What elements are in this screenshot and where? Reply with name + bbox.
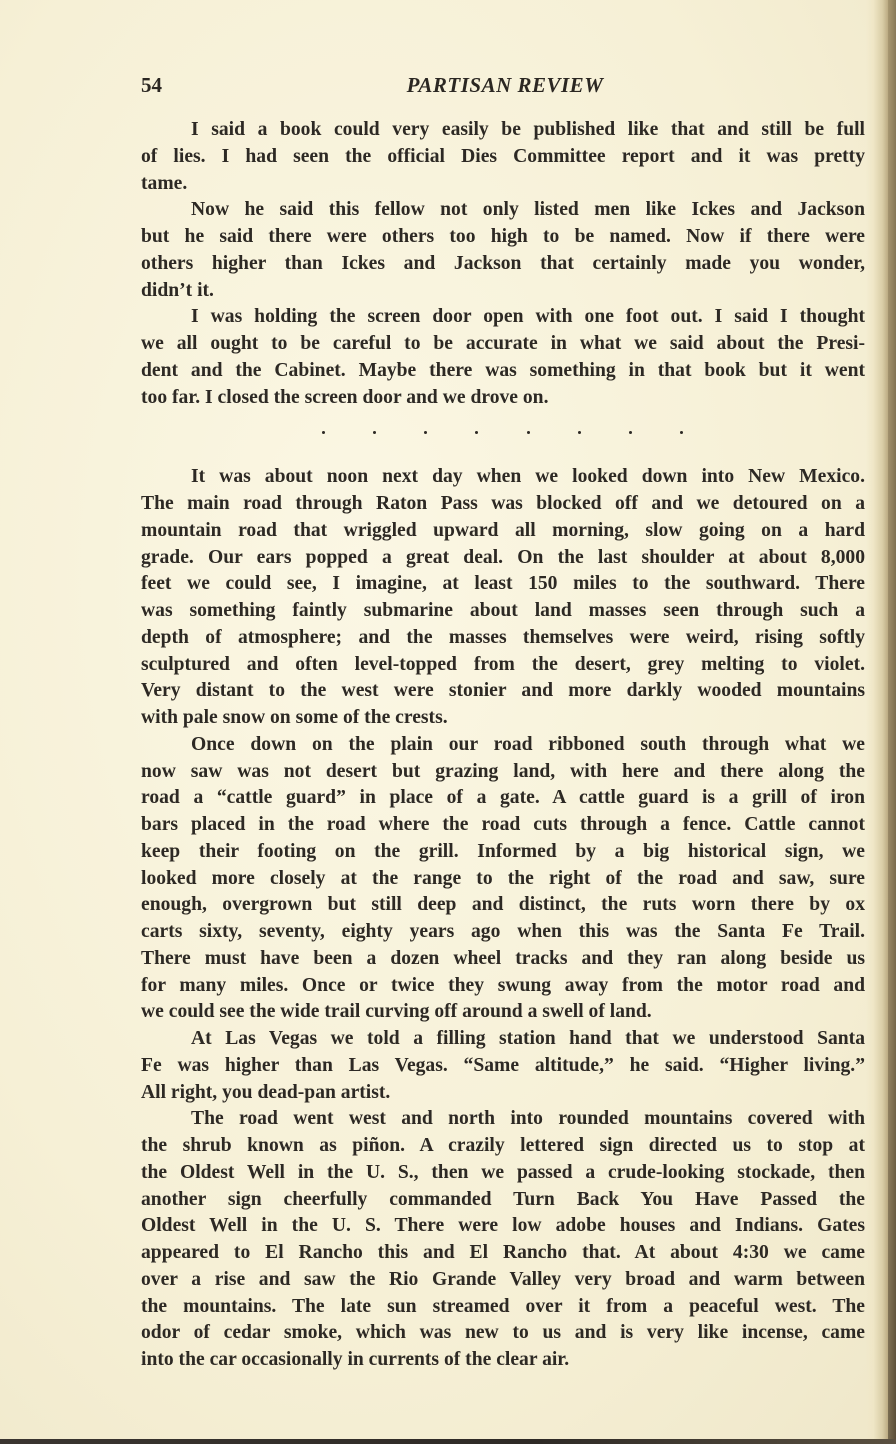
text-line: others higher than Ickes and Jackson tha…: [141, 251, 865, 278]
text-line: too far. I closed the screen door and we…: [141, 385, 865, 412]
paragraph: I was holding the screen door open with …: [141, 304, 865, 411]
text-line: appeared to El Rancho this and El Rancho…: [141, 1240, 865, 1267]
text-line: but he said there were others too high t…: [141, 224, 865, 251]
text-line: feet we could see, I imagine, at least 1…: [141, 571, 865, 598]
running-head: PARTISAN REVIEW: [141, 73, 865, 98]
text-line: Oldest Well in the U. S. There were low …: [141, 1213, 865, 1240]
text-line: the mountains. The late sun streamed ove…: [141, 1294, 865, 1321]
text-line: bars placed in the road where the road c…: [141, 812, 865, 839]
section-break-dot: [629, 431, 632, 434]
section-break-dot: [322, 431, 325, 434]
text-line: mountain road that wriggled upward all m…: [141, 518, 865, 545]
text-line: I said a book could very easily be publi…: [141, 117, 865, 144]
text-line: It was about noon next day when we looke…: [141, 464, 865, 491]
text-line: we all ought to be careful to be accurat…: [141, 331, 865, 358]
text-line: didn’t it.: [141, 278, 865, 305]
text-line: grade. Our ears popped a great deal. On …: [141, 545, 865, 572]
page-header: 54 PARTISAN REVIEW: [141, 73, 865, 103]
text-line: we could see the wide trail curving off …: [141, 999, 865, 1026]
text-line: sculptured and often level-topped from t…: [141, 652, 865, 679]
text-line: was something faintly submarine about la…: [141, 598, 865, 625]
text-line: The main road through Raton Pass was blo…: [141, 491, 865, 518]
text-line: another sign cheerfully commanded Turn B…: [141, 1187, 865, 1214]
section-two: It was about noon next day when we looke…: [141, 464, 865, 1374]
text-line: into the car occasionally in currents of…: [141, 1347, 865, 1374]
text-line: over a rise and saw the Rio Grande Valle…: [141, 1267, 865, 1294]
text-line: odor of cedar smoke, which was new to us…: [141, 1320, 865, 1347]
text-line: of lies. I had seen the official Dies Co…: [141, 144, 865, 171]
text-line: depth of atmosphere; and the masses them…: [141, 625, 865, 652]
text-line: There must have been a dozen wheel track…: [141, 946, 865, 973]
section-break-dot: [578, 431, 581, 434]
text-line: Now he said this fellow not only listed …: [141, 197, 865, 224]
text-line: for many miles. Once or twice they swung…: [141, 973, 865, 1000]
text-line: the Oldest Well in the U. S., then we pa…: [141, 1160, 865, 1187]
text-line: I was holding the screen door open with …: [141, 304, 865, 331]
bottom-scan-border: [0, 1439, 896, 1444]
section-break-dot: [527, 431, 530, 434]
binding-edge: [888, 0, 896, 1444]
text-line: The road went west and north into rounde…: [141, 1106, 865, 1133]
paragraph: Once down on the plain our road ribboned…: [141, 732, 865, 1026]
paragraph: Now he said this fellow not only listed …: [141, 197, 865, 304]
text-line: carts sixty, seventy, eighty years ago w…: [141, 919, 865, 946]
paragraph: It was about noon next day when we looke…: [141, 464, 865, 732]
text-line: enough, overgrown but still deep and dis…: [141, 892, 865, 919]
body-text: I said a book could very easily be publi…: [141, 117, 865, 1374]
section-break-dot: [475, 431, 478, 434]
text-line: the shrub known as piñon. A crazily lett…: [141, 1133, 865, 1160]
text-line: looked more closely at the range to the …: [141, 866, 865, 893]
section-break-dot: [424, 431, 427, 434]
paragraph: At Las Vegas we told a filling station h…: [141, 1026, 865, 1106]
section-break-dot: [680, 431, 683, 434]
text-line: Once down on the plain our road ribboned…: [141, 732, 865, 759]
text-line: road a “cattle guard” in place of a gate…: [141, 785, 865, 812]
text-line: tame.: [141, 171, 865, 198]
text-line: with pale snow on some of the crests.: [141, 705, 865, 732]
section-break: [141, 411, 865, 464]
section-break-dot: [373, 431, 376, 434]
paragraph: I said a book could very easily be publi…: [141, 117, 865, 197]
text-line: At Las Vegas we told a filling station h…: [141, 1026, 865, 1053]
text-line: dent and the Cabinet. Maybe there was so…: [141, 358, 865, 385]
text-line: now saw was not desert but grazing land,…: [141, 759, 865, 786]
text-line: Very distant to the west were stonier an…: [141, 678, 865, 705]
text-line: All right, you dead-pan artist.: [141, 1080, 865, 1107]
text-line: Fe was higher than Las Vegas. “Same alti…: [141, 1053, 865, 1080]
text-line: keep their footing on the grill. Informe…: [141, 839, 865, 866]
section-one: I said a book could very easily be publi…: [141, 117, 865, 411]
paragraph: The road went west and north into rounde…: [141, 1106, 865, 1374]
page-edge-shadow: [866, 0, 896, 1444]
